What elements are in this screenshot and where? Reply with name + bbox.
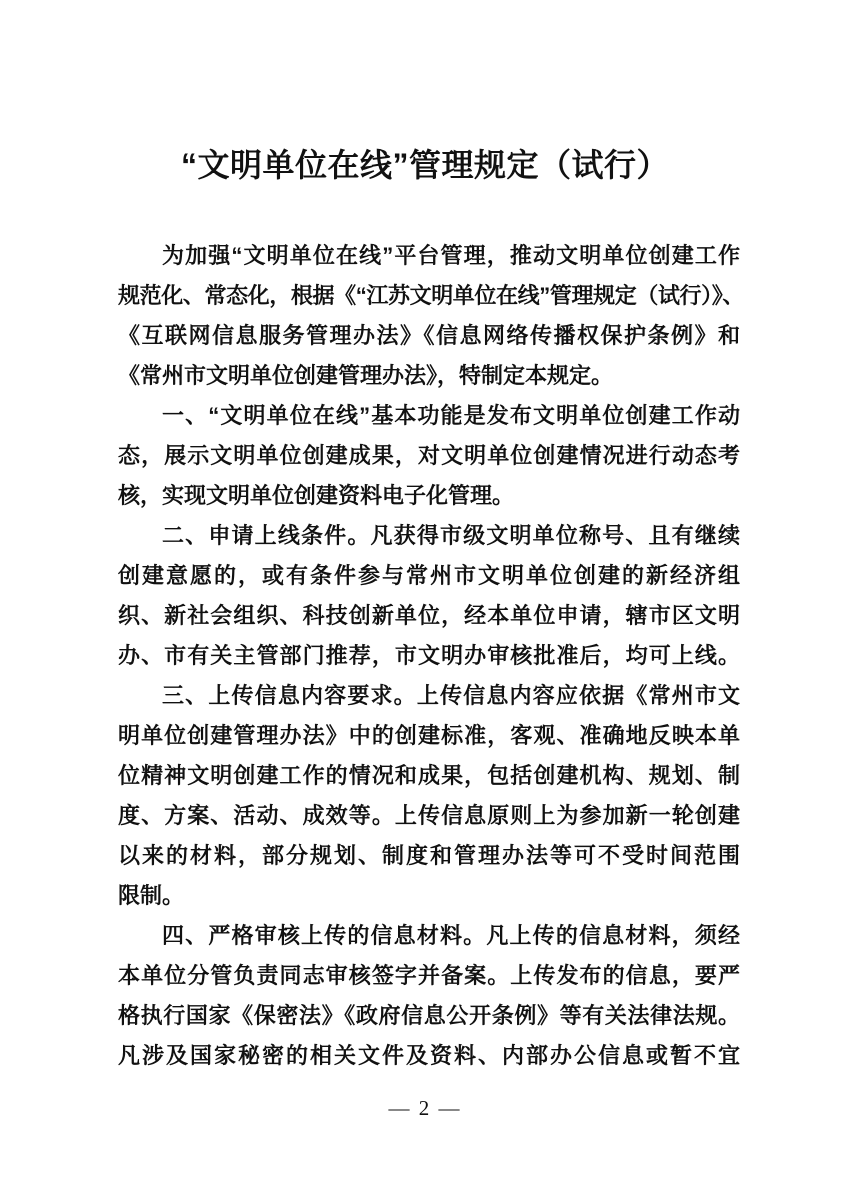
paragraph-intro: 为加强“文明单位在线”平台管理，推动文明单位创建工作 规范化、常态化，根据《“江… — [118, 236, 740, 396]
body-line: 态，展示文明单位创建成果，对文明单位创建情况进行动态考 — [118, 436, 740, 476]
body-line: 创建意愿的，或有条件参与常州市文明单位创建的新经济组 — [118, 556, 740, 596]
body-line: 限制。 — [118, 876, 740, 916]
body-line: 格执行国家《保密法》《政府信息公开条例》等有关法律法规。 — [118, 996, 740, 1036]
body-line: 明单位创建管理办法》中的创建标准，客观、准确地反映本单 — [118, 716, 740, 756]
body-line: 度、方案、活动、成效等。上传信息原则上为参加新一轮创建 — [118, 796, 740, 836]
paragraph-item-1: 一、“文明单位在线”基本功能是发布文明单位创建工作动 态，展示文明单位创建成果，… — [118, 396, 740, 516]
paragraph-item-2: 二、申请上线条件。凡获得市级文明单位称号、且有继续 创建意愿的，或有条件参与常州… — [118, 516, 740, 676]
document-title: “文明单位在线”管理规定（试行） — [0, 144, 850, 186]
body-line: 本单位分管负责同志审核签字并备案。上传发布的信息，要严 — [118, 956, 740, 996]
body-line: 三、上传信息内容要求。上传信息内容应依据《常州市文 — [118, 676, 740, 716]
body-line: 以来的材料，部分规划、制度和管理办法等可不受时间范围 — [118, 836, 740, 876]
document-page: “文明单位在线”管理规定（试行） 为加强“文明单位在线”平台管理，推动文明单位创… — [0, 0, 850, 1202]
body-line: 为加强“文明单位在线”平台管理，推动文明单位创建工作 — [118, 236, 740, 276]
body-line: 规范化、常态化，根据《“江苏文明单位在线”管理规定（试行）》、 — [118, 276, 740, 316]
body-line: 位精神文明创建工作的情况和成果，包括创建机构、规划、制 — [118, 756, 740, 796]
body-line: 四、严格审核上传的信息材料。凡上传的信息材料，须经 — [118, 916, 740, 956]
body-line: 一、“文明单位在线”基本功能是发布文明单位创建工作动 — [118, 396, 740, 436]
paragraph-item-3: 三、上传信息内容要求。上传信息内容应依据《常州市文 明单位创建管理办法》中的创建… — [118, 676, 740, 916]
document-body: 为加强“文明单位在线”平台管理，推动文明单位创建工作 规范化、常态化，根据《“江… — [118, 236, 740, 1076]
body-line: 《常州市文明单位创建管理办法》，特制定本规定。 — [118, 356, 740, 396]
paragraph-item-4: 四、严格审核上传的信息材料。凡上传的信息材料，须经 本单位分管负责同志审核签字并… — [118, 916, 740, 1076]
body-line: 织、新社会组织、科技创新单位，经本单位申请，辖市区文明 — [118, 596, 740, 636]
body-line: 二、申请上线条件。凡获得市级文明单位称号、且有继续 — [118, 516, 740, 556]
body-line: 凡涉及国家秘密的相关文件及资料、内部办公信息或暂不宜 — [118, 1036, 740, 1076]
page-number: — 2 — — [0, 1096, 850, 1121]
body-line: 办、市有关主管部门推荐，市文明办审核批准后，均可上线。 — [118, 636, 740, 676]
body-line: 核，实现文明单位创建资料电子化管理。 — [118, 476, 740, 516]
body-line: 《互联网信息服务管理办法》《信息网络传播权保护条例》和 — [118, 316, 740, 356]
